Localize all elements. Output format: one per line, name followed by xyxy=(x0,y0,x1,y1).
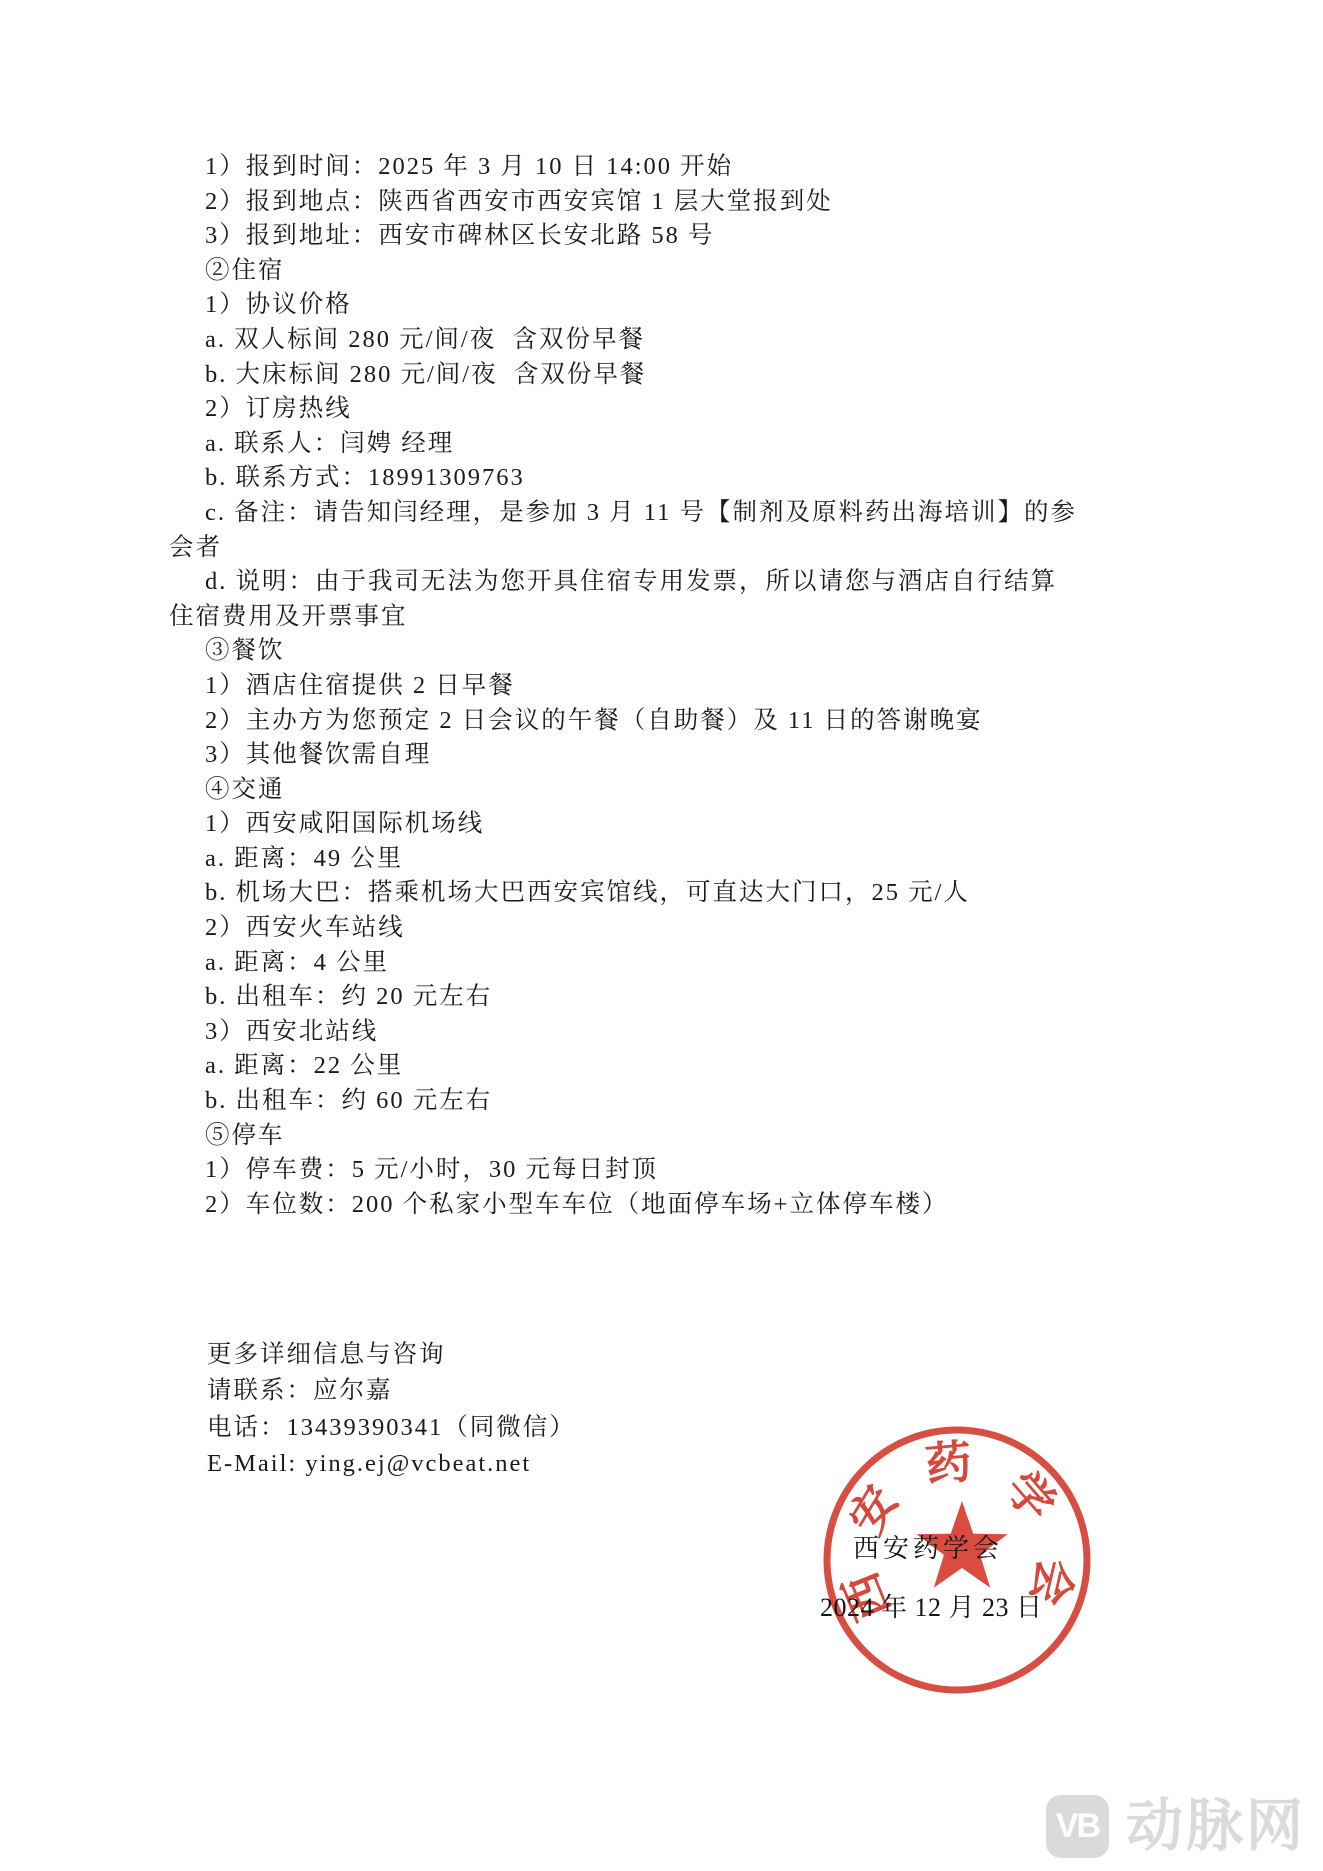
body-line: a. 距离：49 公里 xyxy=(169,842,1169,877)
body-line: b. 出租车：约 20 元左右 xyxy=(169,980,1169,1015)
body-line: 1）停车费：5 元/小时，30 元每日封顶 xyxy=(169,1153,1169,1188)
body-line: ⑤停车 xyxy=(169,1119,1169,1154)
body-line: c. 备注：请告知闫经理，是参加 3 月 11 号【制剂及原料药出海培训】的参 xyxy=(169,496,1169,531)
body-line: a. 距离：4 公里 xyxy=(169,946,1169,981)
body-line: 2）报到地点：陕西省西安市西安宾馆 1 层大堂报到处 xyxy=(169,185,1169,220)
body-line: 2）车位数：200 个私家小型车车位（地面停车场+立体停车楼） xyxy=(169,1188,1169,1223)
contact-line: 更多详细信息与咨询 xyxy=(207,1337,576,1373)
contact-line: 电话：13439390341（同微信） xyxy=(207,1410,576,1446)
body-line: 1）协议价格 xyxy=(169,288,1169,323)
body-line: b. 出租车：约 60 元左右 xyxy=(169,1084,1169,1119)
body-line: 2）订房热线 xyxy=(169,392,1169,427)
watermark-brand-text: 动脉网 xyxy=(1126,1795,1306,1858)
contact-line: 请联系：应尔嘉 xyxy=(207,1373,576,1409)
body-line: 会者 xyxy=(169,531,1169,566)
contact-line: E-Mail: ying.ej@vcbeat.net xyxy=(207,1446,576,1482)
document-page: 1）报到时间：2025 年 3 月 10 日 14:00 开始2）报到地点：陕西… xyxy=(0,0,1323,1871)
body-line: 3）其他餐饮需自理 xyxy=(169,738,1169,773)
seal-char: 药 xyxy=(923,1436,973,1491)
body-line: 2）西安火车站线 xyxy=(169,911,1169,946)
watermark: VB 动脉网 xyxy=(1046,1795,1306,1858)
body-line: ②住宿 xyxy=(169,254,1169,289)
body-line: b. 联系方式：18991309763 xyxy=(169,461,1169,496)
body-line: 1）西安咸阳国际机场线 xyxy=(169,807,1169,842)
body-line: d. 说明：由于我司无法为您开具住宿专用发票，所以请您与酒店自行结算 xyxy=(169,565,1169,600)
body-line: a. 双人标间 280 元/间/夜 含双份早餐 xyxy=(169,323,1169,358)
vb-logo-icon: VB xyxy=(1046,1795,1109,1858)
body-line: b. 大床标间 280 元/间/夜 含双份早餐 xyxy=(169,358,1169,393)
body-line: ③餐饮 xyxy=(169,634,1169,669)
body-line: 1）酒店住宿提供 2 日早餐 xyxy=(169,669,1169,704)
body-line: a. 距离：22 公里 xyxy=(169,1049,1169,1084)
contact-block: 更多详细信息与咨询请联系：应尔嘉电话：13439390341（同微信）E-Mai… xyxy=(207,1337,576,1482)
body-line: 3）报到地址：西安市碑林区长安北路 58 号 xyxy=(169,219,1169,254)
signature-org-text: 西安药学会 xyxy=(853,1528,1003,1565)
body-line: b. 机场大巴：搭乘机场大巴西安宾馆线，可直达大门口，25 元/人 xyxy=(169,876,1169,911)
body-line: ④交通 xyxy=(169,773,1169,808)
body-line: 2）主办方为您预定 2 日会议的午餐（自助餐）及 11 日的答谢晚宴 xyxy=(169,704,1169,739)
registration-info-text: 1）报到时间：2025 年 3 月 10 日 14:00 开始2）报到地点：陕西… xyxy=(169,150,1169,1222)
body-line: 3）西安北站线 xyxy=(169,1015,1169,1050)
body-line: a. 联系人：闫娉 经理 xyxy=(169,427,1169,462)
signature-date-text: 2024 年 12 月 23 日 xyxy=(820,1587,1043,1624)
body-line: 住宿费用及开票事宜 xyxy=(169,600,1169,635)
body-line: 1）报到时间：2025 年 3 月 10 日 14:00 开始 xyxy=(169,150,1169,185)
